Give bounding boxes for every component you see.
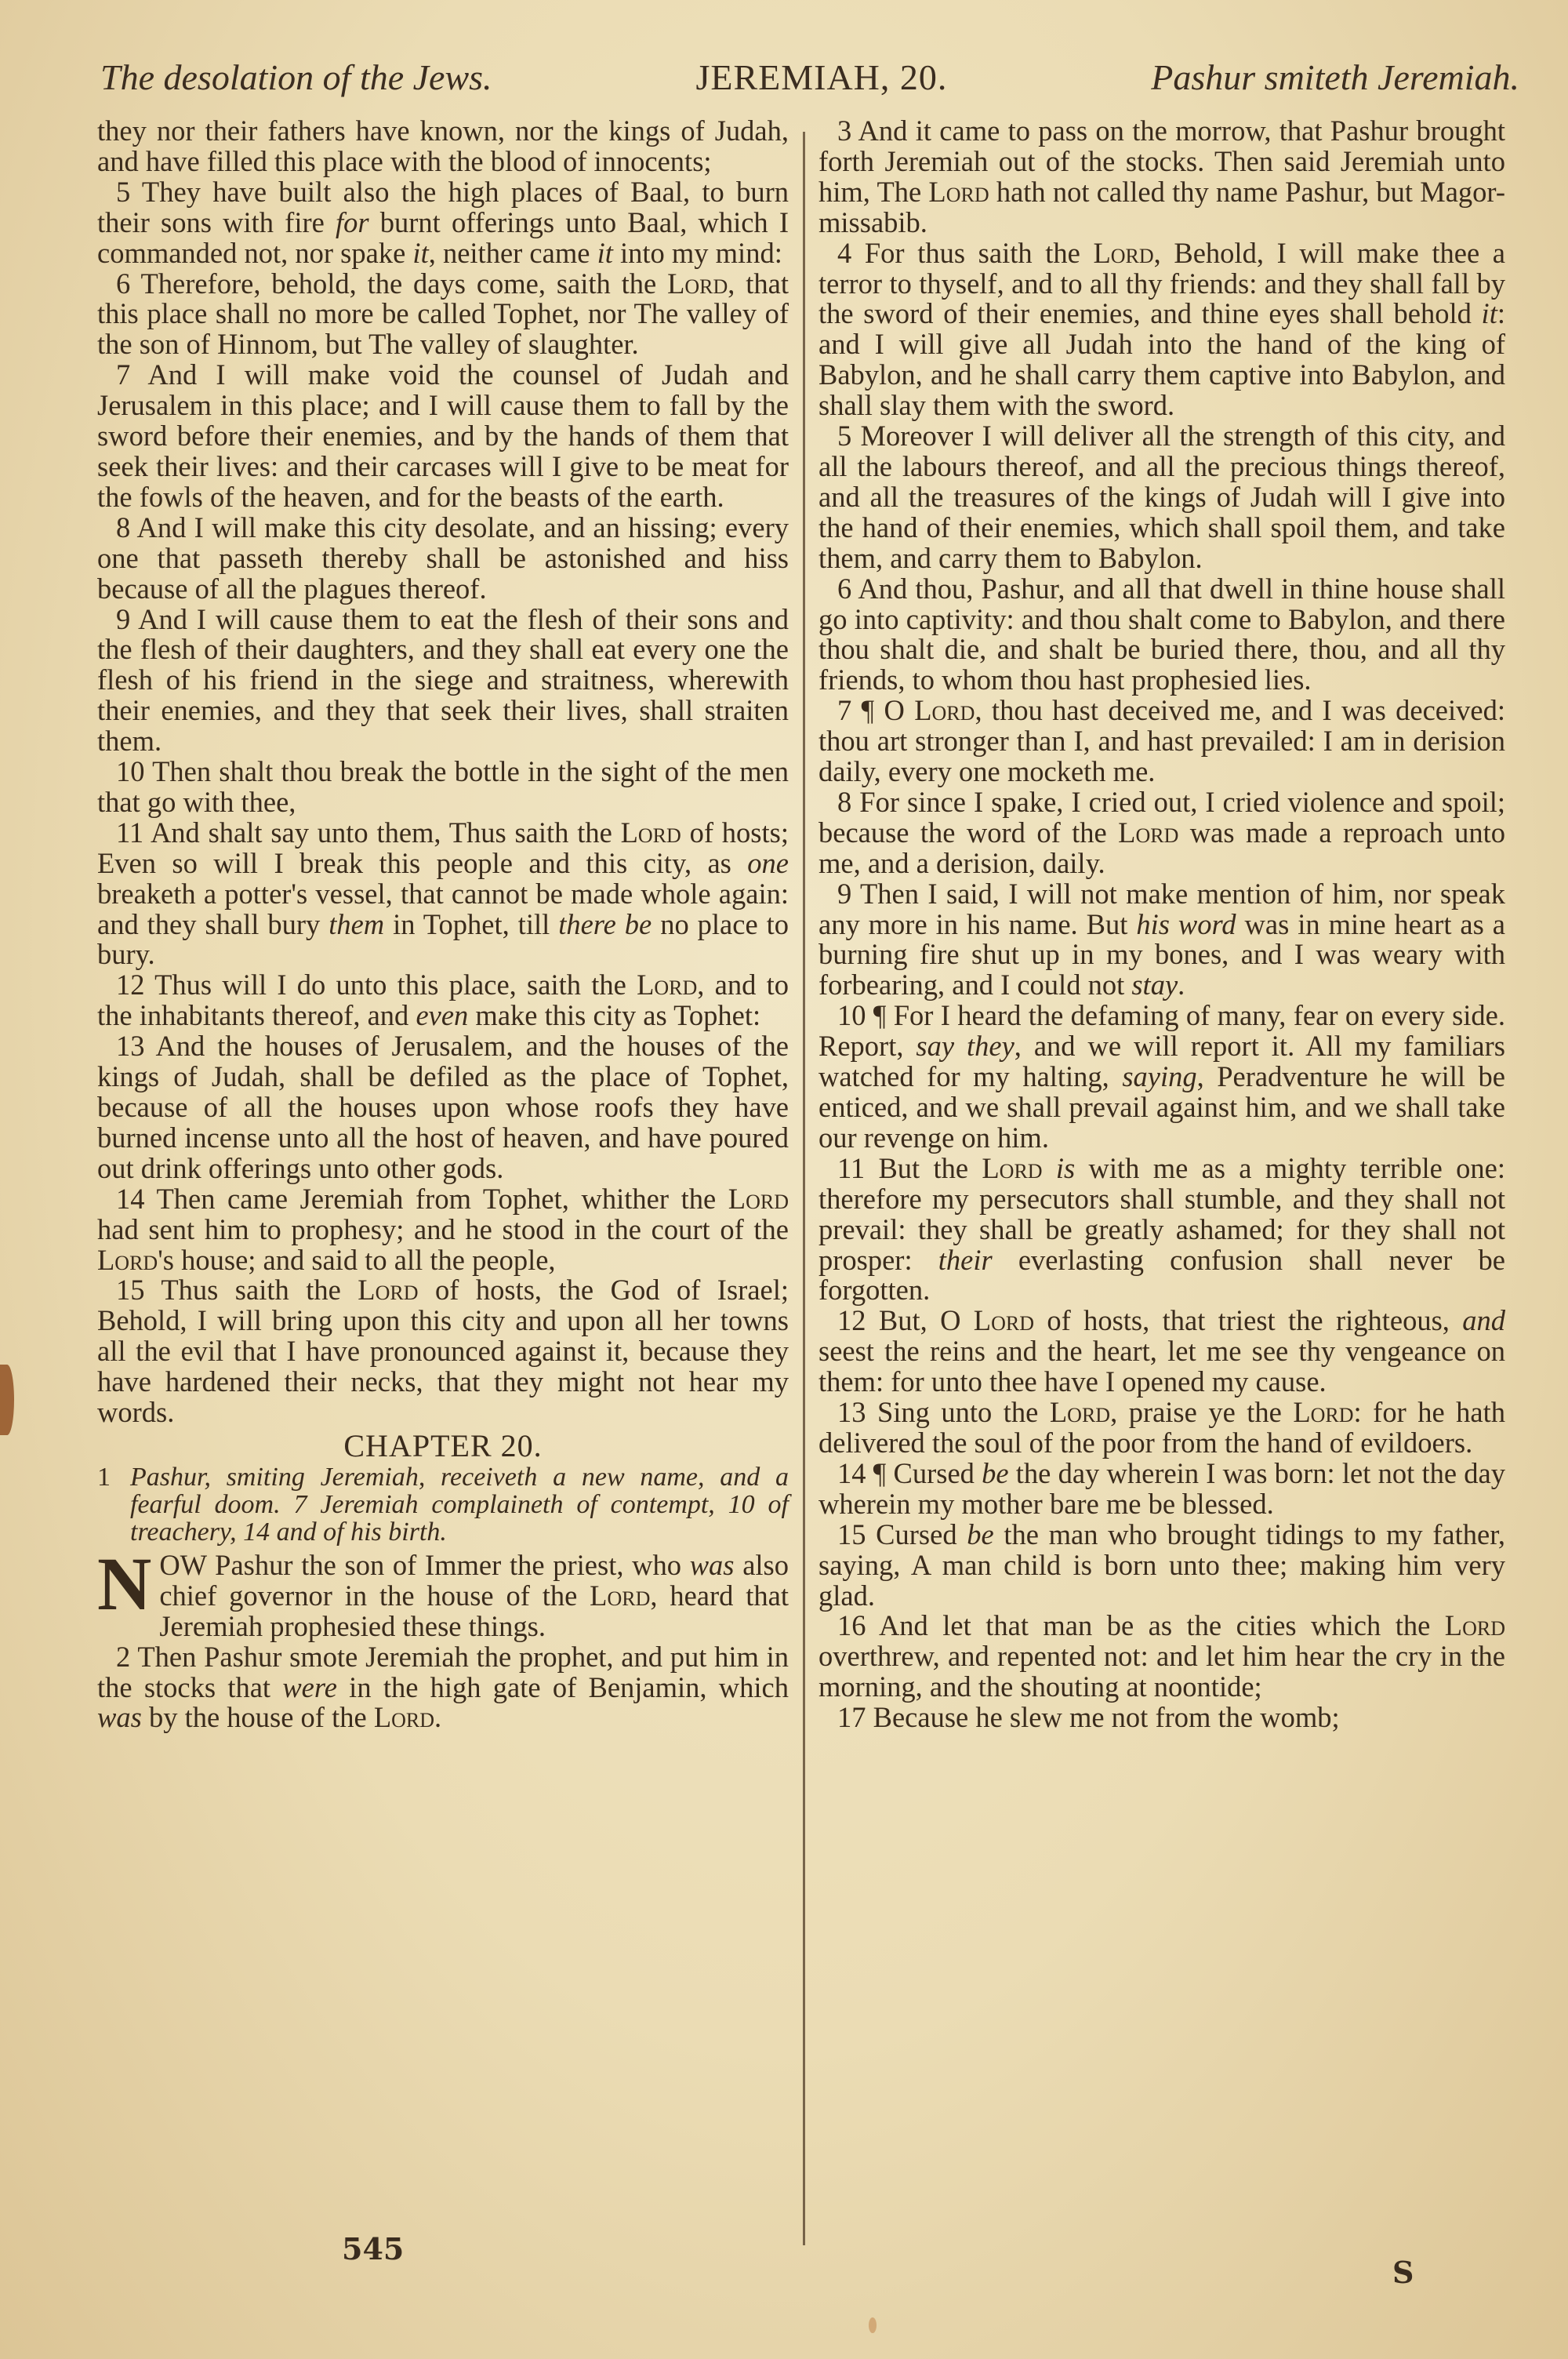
verse-number: 16 <box>818 1609 879 1641</box>
verse-text: O <box>884 694 915 726</box>
verse-number: 13 <box>818 1396 877 1428</box>
verse-text: in Tophet, till <box>384 908 558 940</box>
verse: 17 Because he slew me not from the womb; <box>818 1703 1505 1733</box>
verse: 7 And I will make void the counsel of Ju… <box>97 360 789 513</box>
verse-number: 7 ¶ <box>818 694 884 726</box>
verse-number: 8 <box>818 786 859 818</box>
verse-text: Pashur the son of Immer the priest, who <box>206 1549 689 1581</box>
verse-text: by the house of the <box>142 1701 374 1733</box>
verse-text: Therefore, behold, the days come, saith … <box>140 267 667 300</box>
verse-number: 9 <box>97 603 138 635</box>
verse: 12 Thus will I do unto this place, saith… <box>97 970 789 1031</box>
verse: 16 And let that man be as the cities whi… <box>818 1611 1505 1703</box>
italic-supplied-word: their <box>938 1244 993 1276</box>
verse-text: in the high gate of Benjamin, which <box>337 1671 789 1703</box>
verse-text: But, O <box>879 1304 974 1336</box>
small-caps-lord: Lord <box>1050 1396 1110 1428</box>
verse: 15 Thus saith the Lord of hosts, the God… <box>97 1275 789 1428</box>
verse-number: 6 <box>97 267 140 300</box>
first-verse-body: Pashur the son of Immer the priest, who … <box>159 1549 789 1642</box>
italic-supplied-word: were <box>282 1671 337 1703</box>
verse-text: Thus saith the <box>161 1274 358 1306</box>
verse-text: . <box>434 1701 441 1733</box>
page-spot <box>869 2317 877 2333</box>
italic-supplied-word: even <box>416 999 468 1031</box>
small-caps-lord: Lord <box>1293 1396 1353 1428</box>
verse-text: . <box>1178 969 1185 1001</box>
verse-number: 11 <box>97 816 151 849</box>
verse-number: 3 <box>818 114 858 147</box>
page-number: 545 <box>342 2231 404 2266</box>
verse-number: 7 <box>97 358 147 391</box>
verse-text: And let that man be as the cities which … <box>879 1609 1445 1641</box>
verse-text: 's house; and said to all the people, <box>158 1244 555 1276</box>
verse: 2 Then Pashur smote Jeremiah the prophet… <box>97 1642 789 1734</box>
verse: 11 And shalt say unto them, Thus saith t… <box>97 818 789 971</box>
verse: 6 And thou, Pashur, and all that dwell i… <box>818 574 1505 696</box>
running-header: The desolation of the Jews. JEREMIAH, 20… <box>100 56 1519 104</box>
small-caps-lord: Lord <box>637 969 697 1001</box>
right-column: 3 And it came to pass on the morrow, tha… <box>818 116 1505 1733</box>
italic-supplied-word: saying <box>1122 1060 1196 1092</box>
verse-number: 10 ¶ <box>818 999 894 1031</box>
verse-text: had sent him to prophesy; and he stood i… <box>97 1213 789 1245</box>
italic-supplied-word: was <box>97 1701 142 1733</box>
verse: 5 Moreover I will deliver all the streng… <box>818 421 1505 574</box>
verse-number: 14 <box>97 1183 156 1215</box>
italic-supplied-word: be <box>967 1518 993 1550</box>
verse: 4 For thus saith the Lord, Behold, I wil… <box>818 238 1505 421</box>
verse: 15 Cursed be the man who brought tidings… <box>818 1520 1505 1612</box>
italic-supplied-word: say they <box>916 1030 1014 1062</box>
italic-supplied-word: it <box>597 237 613 269</box>
verse-number: 4 <box>818 237 865 269</box>
verse-text: Sing unto the <box>877 1396 1050 1428</box>
chapter-summary: 1Pashur, smiting Jeremiah, receiveth a n… <box>97 1463 789 1546</box>
header-right-topic: Pashur smiteth Jeremiah. <box>1151 56 1519 98</box>
verse: 9 And I will cause them to eat the flesh… <box>97 605 789 758</box>
verse-number: 11 <box>818 1152 878 1184</box>
italic-supplied-word: was <box>690 1549 735 1581</box>
small-caps-lord: Lord <box>667 267 728 300</box>
verse-continuation: they nor their fathers have known, nor t… <box>97 116 789 177</box>
italic-supplied-word: for <box>336 206 369 238</box>
small-caps-lord: Lord <box>914 694 975 726</box>
verse: 3 And it came to pass on the morrow, tha… <box>818 116 1505 238</box>
verse: 14 ¶ Cursed be the day wherein I was bor… <box>818 1459 1505 1520</box>
drop-cap: N <box>97 1554 151 1615</box>
verse-number: 17 <box>818 1701 873 1733</box>
left-column: they nor their fathers have known, nor t… <box>97 116 789 1733</box>
verse-number: 12 <box>97 969 154 1001</box>
verse-text: And shalt say unto them, Thus saith the <box>151 816 621 849</box>
verse-text: Cursed <box>893 1457 982 1489</box>
chapter-first-verse: NOW Pashur the son of Immer the priest, … <box>97 1550 789 1642</box>
verse-text: For thus saith the <box>865 237 1094 269</box>
first-verse-caps: OW <box>159 1549 206 1581</box>
verse: 6 Therefore, behold, the days come, sait… <box>97 269 789 361</box>
verse-number: 12 <box>818 1304 879 1336</box>
italic-supplied-word: it <box>412 237 428 269</box>
verse: 11 But the Lord is with me as a mighty t… <box>818 1154 1505 1307</box>
verse-text: But the <box>878 1152 982 1184</box>
verse-number: 14 ¶ <box>818 1457 893 1489</box>
verse: 13 And the houses of Jerusalem, and the … <box>97 1031 789 1184</box>
verse-text: Moreover I will deliver all the strength… <box>818 420 1505 574</box>
small-caps-lord: Lord <box>590 1579 650 1612</box>
small-caps-lord: Lord <box>1118 816 1178 849</box>
italic-supplied-word: them <box>328 908 384 940</box>
verse-text: And I will make void the counsel of Juda… <box>97 358 789 513</box>
header-left-topic: The desolation of the Jews. <box>100 56 492 98</box>
chapter-heading: CHAPTER 20. <box>97 1431 789 1462</box>
verse-number: 10 <box>97 755 152 787</box>
italic-supplied-word: it <box>1482 297 1497 329</box>
small-caps-lord: Lord <box>1093 237 1153 269</box>
summary-text: Pashur, smiting Jeremiah, receiveth a ne… <box>130 1463 789 1547</box>
italic-supplied-word: be <box>982 1457 1008 1489</box>
verse-number: 6 <box>818 572 858 605</box>
verse-text: Because he slew me not from the womb; <box>873 1701 1340 1733</box>
small-caps-lord: Lord <box>728 1183 789 1215</box>
left-verses: 5 They have built also the high places o… <box>97 177 789 1428</box>
summary-verse-ref: 1 <box>97 1463 130 1491</box>
small-caps-lord: Lord <box>374 1701 434 1733</box>
verse: 9 Then I said, I will not make mention o… <box>818 879 1505 1001</box>
verse-number: 2 <box>97 1641 137 1673</box>
verse: 8 And I will make this city desolate, an… <box>97 513 789 605</box>
verse-text: Thus will I do unto this place, saith th… <box>154 969 637 1001</box>
verse-text: , praise ye the <box>1110 1396 1293 1428</box>
chapter-verses: 2 Then Pashur smote Jeremiah the prophet… <box>97 1642 789 1734</box>
verse: 12 But, O Lord of hosts, that triest the… <box>818 1306 1505 1398</box>
verse-text: And thou, Pashur, and all that dwell in … <box>818 572 1505 696</box>
small-caps-lord: Lord <box>974 1304 1034 1336</box>
verse-text: And I will make this city desolate, and … <box>97 511 789 605</box>
verse: 10 Then shalt thou break the bottle in t… <box>97 757 789 818</box>
verse: 14 Then came Jeremiah from Tophet, whith… <box>97 1184 789 1276</box>
verse-text: Then shalt thou break the bottle in the … <box>97 755 789 818</box>
small-caps-lord: Lord <box>97 1244 158 1276</box>
verse-text: of hosts, that triest the righteous, <box>1034 1304 1462 1336</box>
verse-text: , neither came <box>429 237 597 269</box>
verse-text: seest the reins and the heart, let me se… <box>818 1335 1505 1398</box>
small-caps-lord: Lord <box>928 176 989 208</box>
italic-supplied-word: is <box>1056 1152 1075 1184</box>
verse: 7 ¶ O Lord, thou hast deceived me, and I… <box>818 696 1505 787</box>
page-stain <box>0 1365 14 1435</box>
verse-number: 8 <box>97 511 137 543</box>
italic-supplied-word: stay <box>1131 969 1178 1001</box>
verse-text: make this city as Tophet: <box>468 999 760 1031</box>
small-caps-lord: Lord <box>1445 1609 1505 1641</box>
column-rule <box>803 132 805 2245</box>
italic-supplied-word: one <box>747 847 789 879</box>
verse-text: overthrew, and repented not: and let him… <box>818 1640 1505 1703</box>
right-verses: 3 And it came to pass on the morrow, tha… <box>818 116 1505 1733</box>
verse-text: into my mind: <box>613 237 782 269</box>
small-caps-lord: Lord <box>982 1152 1042 1184</box>
italic-supplied-word: and <box>1462 1304 1505 1336</box>
signature-mark: S <box>1392 2255 1414 2290</box>
verse: 5 They have built also the high places o… <box>97 177 789 269</box>
verse-text: And I will cause them to eat the flesh o… <box>97 603 789 758</box>
verse-number: 13 <box>97 1030 155 1062</box>
verse: 8 For since I spake, I cried out, I crie… <box>818 787 1505 879</box>
bible-page: The desolation of the Jews. JEREMIAH, 20… <box>0 0 1568 2359</box>
verse-text: Cursed <box>876 1518 967 1550</box>
verse: 13 Sing unto the Lord, praise ye the Lor… <box>818 1398 1505 1459</box>
italic-supplied-word: his word <box>1136 908 1236 940</box>
verse-number: 5 <box>818 420 860 452</box>
verse-number: 15 <box>818 1518 876 1550</box>
verse-text <box>1043 1152 1056 1184</box>
small-caps-lord: Lord <box>621 816 681 849</box>
verse-text: And the houses of Jerusalem, and the hou… <box>97 1030 789 1184</box>
verse-number: 15 <box>97 1274 161 1306</box>
verse-number: 9 <box>818 878 860 910</box>
verse-number: 5 <box>97 176 142 208</box>
verse: 10 ¶ For I heard the defaming of many, f… <box>818 1001 1505 1154</box>
italic-supplied-word: there be <box>558 908 652 940</box>
header-book-chapter: JEREMIAH, 20. <box>695 56 947 98</box>
verse-text: Then came Jeremiah from Tophet, whither … <box>156 1183 728 1215</box>
small-caps-lord: Lord <box>358 1274 418 1306</box>
